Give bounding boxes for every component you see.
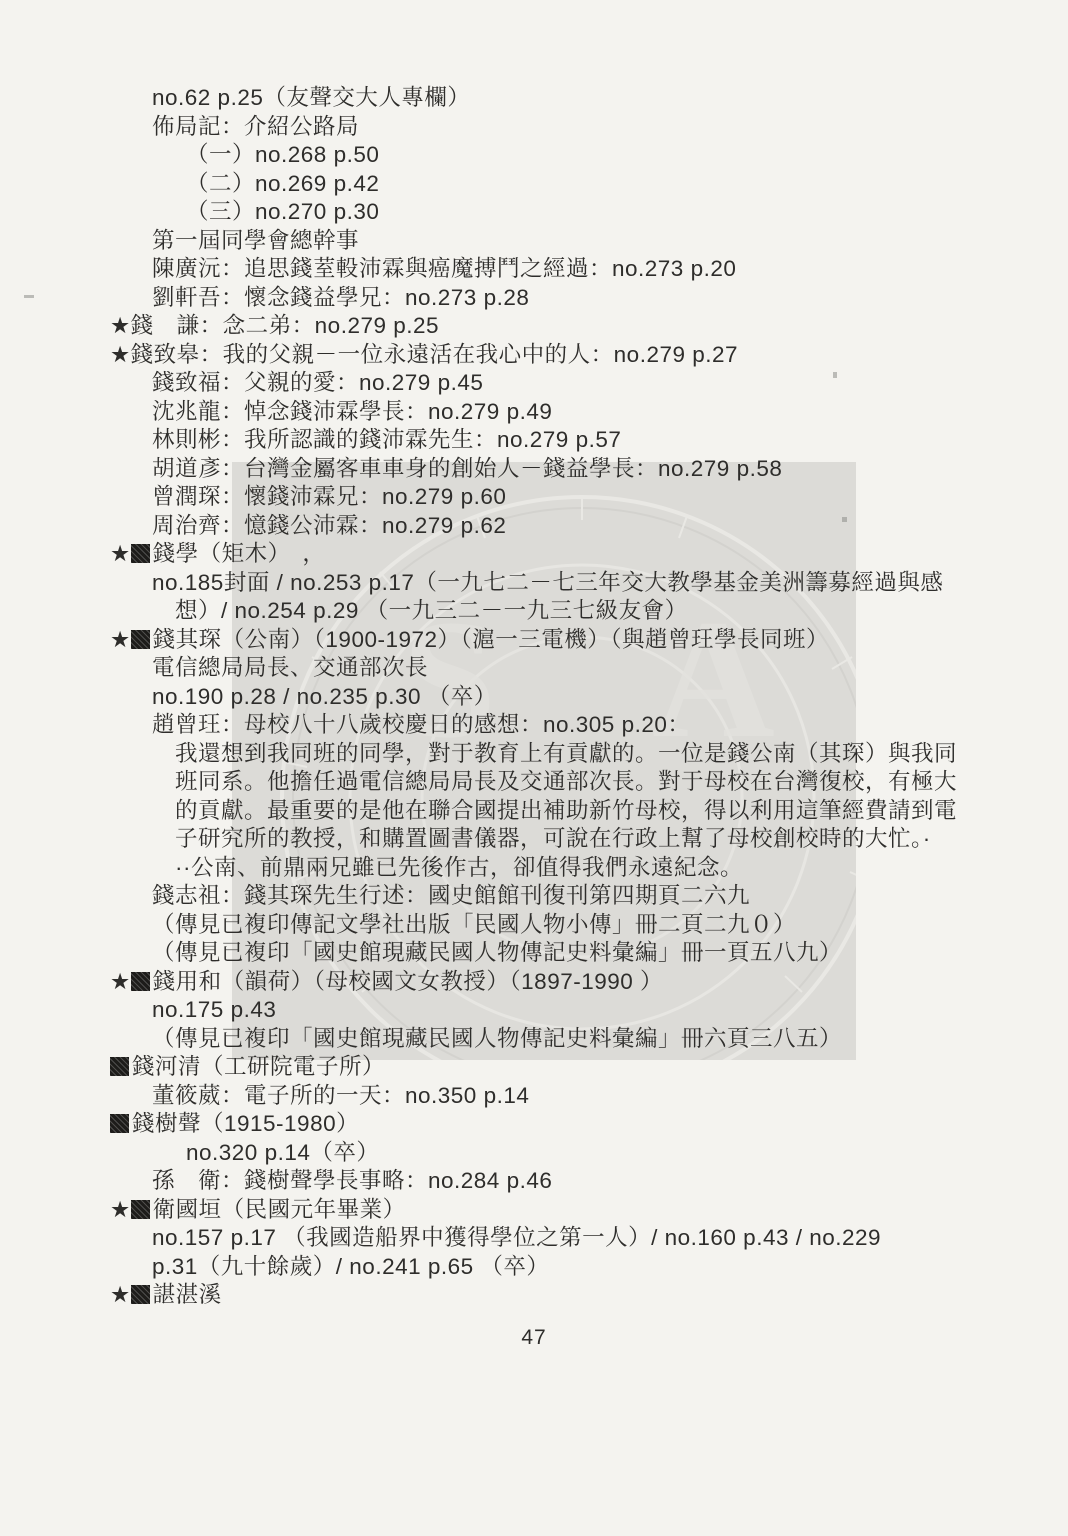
index-line: 第一屆同學會總幹事 — [0, 227, 1068, 256]
index-line-text: 錢學（矩木） ， — [153, 541, 326, 566]
index-line-text: 衛國垣（民國元年畢業） — [153, 1197, 406, 1222]
index-line: （二）no.269 p.42 — [0, 170, 1068, 199]
index-line: 孫 衛：錢樹聲學長事略：no.284 p.46 — [0, 1167, 1068, 1196]
index-line: 董筱葳：電子所的一天：no.350 p.14 — [0, 1082, 1068, 1111]
index-line: 錢河清（工研院電子所） — [0, 1053, 1068, 1082]
index-line: no.320 p.14（卒） — [0, 1139, 1068, 1168]
index-line-text: p.31（九十餘歲）/ no.241 p.65 （卒） — [152, 1254, 549, 1279]
index-line: （傳見已複印傳記文學社出版「民國人物小傳」冊二頁二九０） — [0, 911, 1068, 940]
index-line: 沈兆龍：悼念錢沛霖學長：no.279 p.49 — [0, 398, 1068, 427]
index-line-text: 佈局記：介紹公路局 — [152, 114, 359, 139]
index-line: no.190 p.28 / no.235 p.30 （卒） — [0, 683, 1068, 712]
index-line: ★錢致皋：我的父親－一位永遠活在我心中的人：no.279 p.27 — [0, 341, 1068, 370]
photo-marker-icon — [110, 1114, 129, 1133]
star-icon: ★ — [110, 313, 131, 338]
index-line: 錢志祖：錢其琛先生行述：國史館館刊復刊第四期頁二六九 — [0, 882, 1068, 911]
index-line: ★錢 謙：念二弟：no.279 p.25 — [0, 312, 1068, 341]
star-icon: ★ — [110, 541, 131, 566]
photo-marker-icon — [131, 630, 150, 649]
index-line-text: 董筱葳：電子所的一天：no.350 p.14 — [152, 1083, 529, 1108]
index-line: 的貢獻。最重要的是他在聯合國提出補助新竹母校，得以利用這筆經費請到電 — [0, 797, 1068, 826]
index-line: 錢致福：父親的愛：no.279 p.45 — [0, 369, 1068, 398]
index-line: 班同系。他擔任過電信總局局長及交通部次長。對于母校在台灣復校，有極大 — [0, 768, 1068, 797]
index-line: 胡道彥：台灣金屬客車車身的創始人－錢益學長：no.279 p.58 — [0, 455, 1068, 484]
index-line: ★錢用和（韻荷）（母校國文女教授）（1897-1990 ） — [0, 968, 1068, 997]
photo-marker-icon — [131, 1285, 150, 1304]
index-line: 我還想到我同班的同學，對于教育上有貢獻的。一位是錢公南（其琛）與我同 — [0, 740, 1068, 769]
index-line-text: 錢 謙：念二弟：no.279 p.25 — [131, 313, 439, 338]
index-line-text: （傳見已複印傳記文學社出版「民國人物小傳」冊二頁二九０） — [152, 912, 796, 937]
index-line-text: 錢其琛（公南）（1900-1972）（滬一三電機）（與趙曾玨學長同班） — [153, 627, 829, 652]
index-line-text: （二）no.269 p.42 — [186, 171, 379, 196]
index-line: （傳見已複印「國史館現藏民國人物傳記史料彙編」冊一頁五八九） — [0, 939, 1068, 968]
index-line-text: 沈兆龍：悼念錢沛霖學長：no.279 p.49 — [152, 399, 552, 424]
index-line: p.31（九十餘歲）/ no.241 p.65 （卒） — [0, 1253, 1068, 1282]
photo-marker-icon — [131, 544, 150, 563]
index-line: 趙曾玨：母校八十八歲校慶日的感想：no.305 p.20： — [0, 711, 1068, 740]
index-line-text: 趙曾玨：母校八十八歲校慶日的感想：no.305 p.20： — [152, 712, 690, 737]
index-line-text: 錢志祖：錢其琛先生行述：國史館館刊復刊第四期頁二六九 — [152, 883, 750, 908]
index-line: （三）no.270 p.30 — [0, 198, 1068, 227]
index-line: no.175 p.43 — [0, 996, 1068, 1025]
index-line: 曾潤琛：懷錢沛霖兄：no.279 p.60 — [0, 483, 1068, 512]
index-line-text: 曾潤琛：懷錢沛霖兄：no.279 p.60 — [152, 484, 506, 509]
index-line-text: （一）no.268 p.50 — [186, 142, 379, 167]
index-line-text: 林則彬：我所認識的錢沛霖先生：no.279 p.57 — [152, 427, 621, 452]
index-line-text: （傳見已複印「國史館現藏民國人物傳記史料彙編」冊一頁五八九） — [152, 940, 842, 965]
star-icon: ★ — [110, 627, 131, 652]
index-line: 想）/ no.254 p.29 （一九三二－一九三七級友會） — [0, 597, 1068, 626]
index-line: 周治齊：憶錢公沛霖：no.279 p.62 — [0, 512, 1068, 541]
index-line-text: 錢河清（工研院電子所） — [132, 1054, 385, 1079]
index-list: no.62 p.25（友聲交大人專欄）佈局記：介紹公路局（一）no.268 p.… — [0, 84, 1068, 1310]
index-line: no.157 p.17 （我國造船界中獲得學位之第一人）/ no.160 p.4… — [0, 1224, 1068, 1253]
index-line-text: 陳廣沅：追思錢荎軗沛霖與癌魔搏鬥之經過：no.273 p.20 — [152, 256, 736, 281]
star-icon: ★ — [110, 342, 131, 367]
star-icon: ★ — [110, 1197, 131, 1222]
index-line-text: ··公南、前鼎兩兄雖已先後作古，卻值得我們永遠紀念。 — [175, 855, 743, 880]
index-line-text: 胡道彥：台灣金屬客車車身的創始人－錢益學長：no.279 p.58 — [152, 456, 782, 481]
photo-marker-icon — [131, 1200, 150, 1219]
page-number: 47 — [0, 1326, 1068, 1350]
index-line-text: 劉軒吾：懷念錢益學兄：no.273 p.28 — [152, 285, 529, 310]
index-line: ★衛國垣（民國元年畢業） — [0, 1196, 1068, 1225]
index-line-text: no.320 p.14（卒） — [186, 1140, 379, 1165]
index-line-text: no.175 p.43 — [152, 997, 276, 1022]
index-line-text: 錢致福：父親的愛：no.279 p.45 — [152, 370, 483, 395]
index-line-text: 諶湛溪 — [153, 1282, 222, 1307]
photo-marker-icon — [131, 972, 150, 991]
index-line-text: 的貢獻。最重要的是他在聯合國提出補助新竹母校，得以利用這筆經費請到電 — [175, 798, 957, 823]
index-line-text: no.157 p.17 （我國造船界中獲得學位之第一人）/ no.160 p.4… — [152, 1225, 881, 1250]
star-icon: ★ — [110, 969, 131, 994]
index-line: 林則彬：我所認識的錢沛霖先生：no.279 p.57 — [0, 426, 1068, 455]
index-line: no.185封面 / no.253 p.17（一九七二－七三年交大教學基金美洲籌… — [0, 569, 1068, 598]
index-line-text: 錢用和（韻荷）（母校國文女教授）（1897-1990 ） — [153, 969, 663, 994]
index-line-text: 我還想到我同班的同學，對于教育上有貢獻的。一位是錢公南（其琛）與我同 — [175, 741, 957, 766]
index-line: ★錢其琛（公南）（1900-1972）（滬一三電機）（與趙曾玨學長同班） — [0, 626, 1068, 655]
index-line: 劉軒吾：懷念錢益學兄：no.273 p.28 — [0, 284, 1068, 313]
index-line: ★錢學（矩木） ， — [0, 540, 1068, 569]
index-line: 錢樹聲（1915-1980） — [0, 1110, 1068, 1139]
index-line-text: no.190 p.28 / no.235 p.30 （卒） — [152, 684, 497, 709]
star-icon: ★ — [110, 1282, 131, 1307]
index-line: ★諶湛溪 — [0, 1281, 1068, 1310]
index-line-text: 錢樹聲（1915-1980） — [132, 1111, 359, 1136]
index-line-text: 錢致皋：我的父親－一位永遠活在我心中的人：no.279 p.27 — [131, 342, 738, 367]
index-line-text: no.185封面 / no.253 p.17（一九七二－七三年交大教學基金美洲籌… — [152, 570, 943, 595]
index-line: 陳廣沅：追思錢荎軗沛霖與癌魔搏鬥之經過：no.273 p.20 — [0, 255, 1068, 284]
index-line-text: 電信總局局長、交通部次長 — [152, 655, 428, 680]
index-line: no.62 p.25（友聲交大人專欄） — [0, 84, 1068, 113]
index-line: （傳見已複印「國史館現藏民國人物傳記史料彙編」冊六頁三八五） — [0, 1025, 1068, 1054]
index-line-text: （傳見已複印「國史館現藏民國人物傳記史料彙編」冊六頁三八五） — [152, 1026, 842, 1051]
index-line: 電信總局局長、交通部次長 — [0, 654, 1068, 683]
index-line: （一）no.268 p.50 — [0, 141, 1068, 170]
index-line-text: 周治齊：憶錢公沛霖：no.279 p.62 — [152, 513, 506, 538]
photo-marker-icon — [110, 1057, 129, 1076]
index-line-text: （三）no.270 p.30 — [186, 199, 379, 224]
index-line-text: 子研究所的教授，和購置圖書儀器，可說在行政上幫了母校創校時的大忙。· — [175, 826, 931, 851]
index-line: ··公南、前鼎兩兄雖已先後作古，卻值得我們永遠紀念。 — [0, 854, 1068, 883]
index-line-text: 孫 衛：錢樹聲學長事略：no.284 p.46 — [152, 1168, 552, 1193]
index-line-text: no.62 p.25（友聲交大人專欄） — [152, 85, 470, 110]
index-line: 佈局記：介紹公路局 — [0, 113, 1068, 142]
index-line-text: 第一屆同學會總幹事 — [152, 228, 359, 253]
index-line: 子研究所的教授，和購置圖書儀器，可說在行政上幫了母校創校時的大忙。· — [0, 825, 1068, 854]
index-line-text: 班同系。他擔任過電信總局局長及交通部次長。對于母校在台灣復校，有極大 — [175, 769, 957, 794]
index-line-text: 想）/ no.254 p.29 （一九三二－一九三七級友會） — [175, 598, 688, 623]
